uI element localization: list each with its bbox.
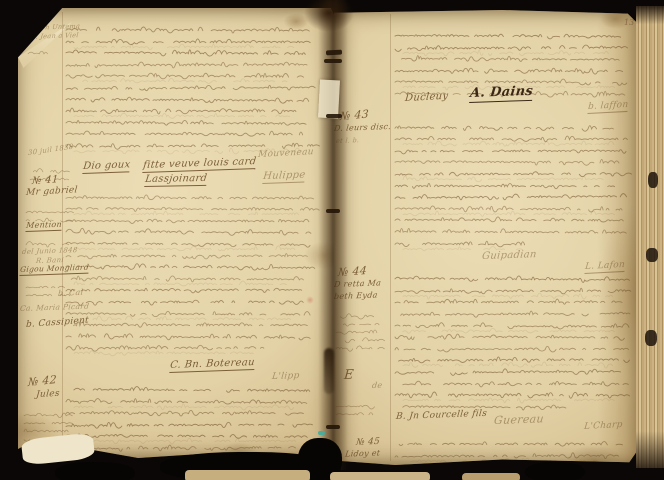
margin-note-line <box>26 233 70 244</box>
handwritten-line <box>66 54 309 66</box>
signature: Mouveneau <box>258 147 315 160</box>
handwritten-line <box>66 42 309 55</box>
ink-showthrough <box>74 343 256 354</box>
edge-mark <box>645 330 657 346</box>
right-page: 13 DucleuyA. Dainsb. laffonGuipadianL. L… <box>334 10 640 465</box>
handwritten-line <box>395 434 627 445</box>
handwritten-line <box>395 292 625 303</box>
handwritten-line <box>395 339 631 350</box>
handwritten-line <box>66 292 307 303</box>
edge-mark <box>646 248 658 262</box>
margin-note: b. Cal <box>58 288 84 298</box>
handwritten-line <box>395 25 623 37</box>
margin-note: № 42 <box>28 373 57 389</box>
handwritten-line <box>395 176 624 187</box>
register-scan: MouveneauDio gouxfitte veuve louis cardL… <box>0 0 664 480</box>
handwritten-line <box>395 186 626 199</box>
margin-note: 30 juil 1838 <box>28 143 73 157</box>
stitch-mark <box>326 425 340 429</box>
handwritten-line <box>66 256 318 269</box>
left-page: MouveneauDio gouxfitte veuve louis cardL… <box>18 8 334 458</box>
handwritten-line <box>395 117 622 129</box>
ink-smudge <box>324 348 334 394</box>
handwritten-line <box>395 361 624 373</box>
page-stack-edge <box>636 6 664 468</box>
foxing-spot <box>306 296 314 304</box>
handwritten-line <box>395 221 629 233</box>
repair-patch <box>318 80 340 119</box>
signature: Dio goux <box>82 159 131 174</box>
margin-note-line <box>28 42 54 53</box>
handwritten-line <box>66 112 309 124</box>
margin-note: Mention <box>25 220 62 232</box>
ink-showthrough <box>403 451 606 462</box>
margin-note: de <box>372 381 383 390</box>
signature: A. Dains <box>469 84 534 103</box>
signature: B. Jn Courcelle fils <box>395 409 487 422</box>
handwritten-line <box>66 326 312 338</box>
handwritten-line <box>395 49 624 61</box>
signature: Lassjoinard <box>144 173 208 187</box>
margin-note: Jules <box>36 389 61 400</box>
handwritten-line <box>66 437 293 449</box>
torn-edge <box>525 462 585 480</box>
signature: fitte veuve louis card <box>142 156 257 173</box>
handwritten-line <box>66 89 313 102</box>
book-gutter <box>318 0 348 470</box>
signature: L. Lafon <box>584 260 625 274</box>
under-page-edge <box>462 473 520 480</box>
handwritten-line <box>395 303 631 316</box>
handwritten-line <box>395 61 624 72</box>
signature: L'lipp <box>271 371 300 382</box>
signature: Guipadian <box>481 249 537 262</box>
signature: b. laffon <box>587 100 628 114</box>
burn-stain <box>304 0 354 32</box>
signature: Hulippe <box>262 169 306 184</box>
signature: C. Bn. Botereau <box>169 357 255 373</box>
margin-note: № 45 <box>356 437 381 448</box>
stitch-mark <box>326 209 340 213</box>
signature: L'Charp <box>584 420 623 432</box>
ink-showthrough <box>403 239 521 250</box>
under-page-edge <box>185 470 310 480</box>
color-speck <box>318 431 325 435</box>
under-page-edge <box>330 472 430 480</box>
handwritten-line <box>66 315 307 326</box>
handwritten-line <box>66 245 312 256</box>
handwritten-line <box>66 20 308 32</box>
handwritten-line <box>66 211 312 222</box>
edge-mark <box>648 172 658 188</box>
right-page-content: DucleuyA. Dainsb. laffonGuipadianL. Lafo… <box>334 10 640 465</box>
handwritten-line <box>395 141 629 152</box>
handwritten-line <box>66 124 306 136</box>
handwritten-line <box>66 222 313 235</box>
margin-note-line <box>26 209 72 220</box>
stitch-mark <box>326 50 342 56</box>
handwritten-line <box>66 280 310 292</box>
handwritten-line <box>395 373 630 384</box>
stitch-mark <box>326 114 342 118</box>
signature: Guereau <box>493 412 544 427</box>
handwritten-line <box>66 403 308 414</box>
signature: Ducleuy <box>405 91 449 104</box>
handwritten-line <box>395 396 573 408</box>
torn-edge <box>55 462 135 480</box>
handwritten-line <box>395 327 626 339</box>
handwritten-line <box>66 187 317 199</box>
margin-note: № 41 <box>32 174 59 187</box>
handwritten-line <box>66 77 315 90</box>
stitch-mark <box>324 59 342 63</box>
handwritten-line <box>395 152 621 164</box>
left-page-content: MouveneauDio gouxfitte veuve louis cardL… <box>18 8 334 458</box>
handwritten-line <box>395 210 626 222</box>
